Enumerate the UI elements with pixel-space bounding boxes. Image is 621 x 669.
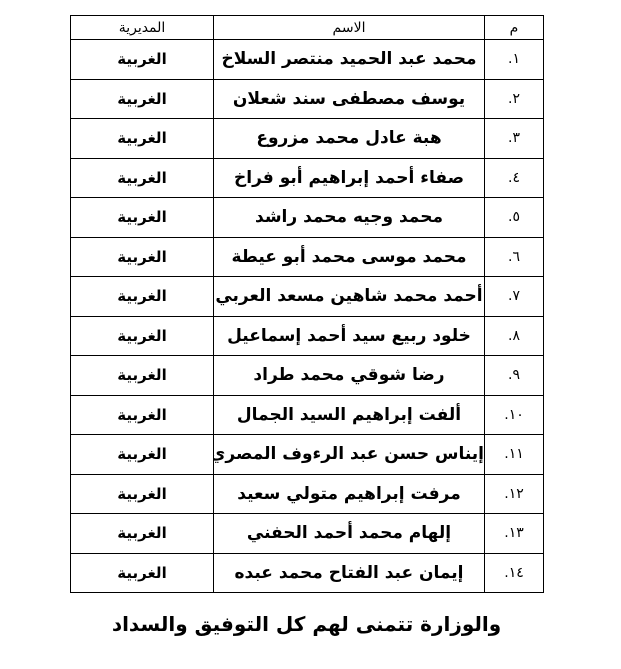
column-header-directorate: المديرية <box>71 16 214 40</box>
row-name: ألفت إبراهيم السيد الجمال <box>214 395 485 435</box>
row-number: ٣. <box>485 119 544 159</box>
row-name: إيناس حسن عبد الرءوف المصري <box>214 435 485 475</box>
column-header-name: الاسم <box>214 16 485 40</box>
row-directorate: الغربية <box>71 514 214 554</box>
row-name: أحمد محمد شاهين مسعد العربي <box>214 277 485 317</box>
table-row: ٤. صفاء أحمد إبراهيم أبو فراخ الغربية <box>71 158 544 198</box>
row-name: خلود ربيع سيد أحمد إسماعيل <box>214 316 485 356</box>
row-name: محمد موسى محمد أبو عيطة <box>214 237 485 277</box>
closing-wish-text: والوزارة تتمنى لهم كل التوفيق والسداد <box>70 606 543 642</box>
table-row: ٥. محمد وجيه محمد راشد الغربية <box>71 198 544 238</box>
row-name: محمد عبد الحميد منتصر السلاخ <box>214 40 485 80</box>
row-number: ١٤. <box>485 553 544 593</box>
row-directorate: الغربية <box>71 119 214 159</box>
table-row: ١٤. إيمان عبد الفتاح محمد عبده الغربية <box>71 553 544 593</box>
row-name: يوسف مصطفى سند شعلان <box>214 79 485 119</box>
table-row: ٩. رضا شوقي محمد طراد الغربية <box>71 356 544 396</box>
table-row: ١. محمد عبد الحميد منتصر السلاخ الغربية <box>71 40 544 80</box>
row-directorate: الغربية <box>71 395 214 435</box>
row-number: ٧. <box>485 277 544 317</box>
table-row: ٨. خلود ربيع سيد أحمد إسماعيل الغربية <box>71 316 544 356</box>
row-number: ٦. <box>485 237 544 277</box>
row-directorate: الغربية <box>71 158 214 198</box>
row-name: صفاء أحمد إبراهيم أبو فراخ <box>214 158 485 198</box>
row-directorate: الغربية <box>71 316 214 356</box>
table-row: ١٢. مرفت إبراهيم متولي سعيد الغربية <box>71 474 544 514</box>
table-row: ١٠. ألفت إبراهيم السيد الجمال الغربية <box>71 395 544 435</box>
row-number: ٨. <box>485 316 544 356</box>
table-row: ٦. محمد موسى محمد أبو عيطة الغربية <box>71 237 544 277</box>
row-number: ١١. <box>485 435 544 475</box>
table-header-row: م الاسم المديرية <box>71 16 544 40</box>
row-name: إلهام محمد أحمد الحفني <box>214 514 485 554</box>
row-name: مرفت إبراهيم متولي سعيد <box>214 474 485 514</box>
row-number: ١. <box>485 40 544 80</box>
row-directorate: الغربية <box>71 553 214 593</box>
row-directorate: الغربية <box>71 198 214 238</box>
row-directorate: الغربية <box>71 277 214 317</box>
table-row: ٢. يوسف مصطفى سند شعلان الغربية <box>71 79 544 119</box>
row-name: هبة عادل محمد مزروع <box>214 119 485 159</box>
row-directorate: الغربية <box>71 40 214 80</box>
column-header-number: م <box>485 16 544 40</box>
row-number: ٩. <box>485 356 544 396</box>
row-name: إيمان عبد الفتاح محمد عبده <box>214 553 485 593</box>
names-table: م الاسم المديرية ١. محمد عبد الحميد منتص… <box>70 15 544 593</box>
row-directorate: الغربية <box>71 474 214 514</box>
row-name: رضا شوقي محمد طراد <box>214 356 485 396</box>
row-number: ٤. <box>485 158 544 198</box>
table-row: ٣. هبة عادل محمد مزروع الغربية <box>71 119 544 159</box>
row-number: ٥. <box>485 198 544 238</box>
row-directorate: الغربية <box>71 435 214 475</box>
row-name: محمد وجيه محمد راشد <box>214 198 485 238</box>
table-row: ٧. أحمد محمد شاهين مسعد العربي الغربية <box>71 277 544 317</box>
table-row: ١١. إيناس حسن عبد الرءوف المصري الغربية <box>71 435 544 475</box>
row-directorate: الغربية <box>71 356 214 396</box>
row-directorate: الغربية <box>71 79 214 119</box>
row-number: ١٢. <box>485 474 544 514</box>
row-number: ١٣. <box>485 514 544 554</box>
row-number: ١٠. <box>485 395 544 435</box>
document-page: م الاسم المديرية ١. محمد عبد الحميد منتص… <box>0 0 621 669</box>
row-directorate: الغربية <box>71 237 214 277</box>
table-row: ١٣. إلهام محمد أحمد الحفني الغربية <box>71 514 544 554</box>
row-number: ٢. <box>485 79 544 119</box>
